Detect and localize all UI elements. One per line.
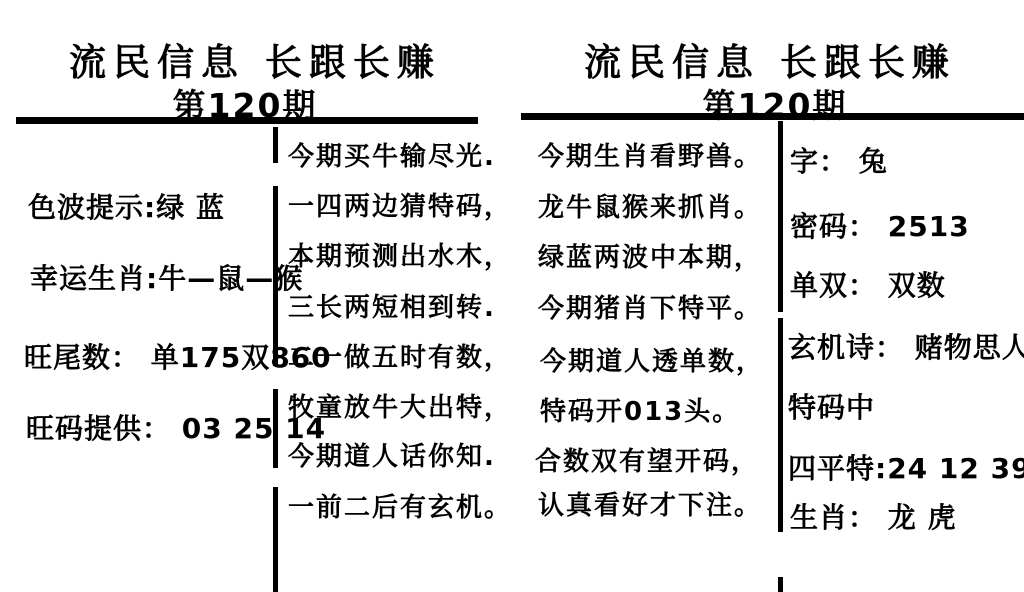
right-panel-title-rule [521,113,1024,120]
password-line: 密码： 2513 [790,205,970,245]
right-panel-divider-segment [778,577,783,592]
verse-line: 合数双有望开码， [535,441,759,478]
lucky-zodiac-line: 幸运生肖:牛—鼠—猴 [30,257,303,297]
verse-line: 一前二后有玄机。 [288,487,512,524]
verse-line: 一四两边猜特码， [288,186,512,223]
verse-line: 今期生肖看野兽。 [538,136,762,173]
verse-line: 三长两短相到转. [288,287,496,324]
tema-hit-line: 特码中 [788,386,875,426]
verse-line: 绿蓝两波中本期， [538,237,762,274]
zodiac-line: 生肖： 龙 虎 [790,496,957,536]
character-line: 字： 兔 [790,140,888,180]
verse-line: 龙牛鼠猴来抓肖。 [538,187,762,224]
verse-line: 本期预测出水木， [288,236,512,273]
verse-line: 二一做五时有数， [288,337,512,374]
verse-line: 今期买牛输尽光. [288,136,496,173]
odd-even-line: 单双： 双数 [790,264,946,304]
wang-tail-number-line: 旺尾数： 单175双860 [24,336,332,376]
verse-line: 牧童放牛大出特， [288,387,512,424]
verse-line: 认真看好才下注。 [538,485,762,522]
left-panel-title-rule [16,117,478,124]
left-panel-title: 流民信息 长跟长赚 [5,32,505,86]
verse-line: 今期道人话你知. [288,436,496,473]
siping-te-line: 四平特:24 12 39 06 [788,447,1024,487]
left-panel-divider-segment [273,487,278,592]
right-panel-divider-segment [778,121,783,312]
right-panel-divider-segment [778,318,783,532]
left-panel-divider-segment [273,127,278,163]
verse-line: 今期猪肖下特平。 [538,288,762,325]
lottery-tip-sheet: 流民信息 长跟长赚 第120期 色波提示:绿 蓝 幸运生肖:牛—鼠—猴 旺尾数：… [0,0,1024,592]
wang-code-line: 旺码提供： 03 25 14 [26,407,326,447]
verse-line: 特码开013头。 [540,391,740,428]
right-panel-title: 流民信息 长跟长赚 [520,32,1020,86]
color-wave-hint-line: 色波提示:绿 蓝 [28,186,225,226]
verse-line: 今期道人透单数， [540,341,764,378]
mystery-poem-line: 玄机诗： 赌物思人 [788,326,1024,366]
